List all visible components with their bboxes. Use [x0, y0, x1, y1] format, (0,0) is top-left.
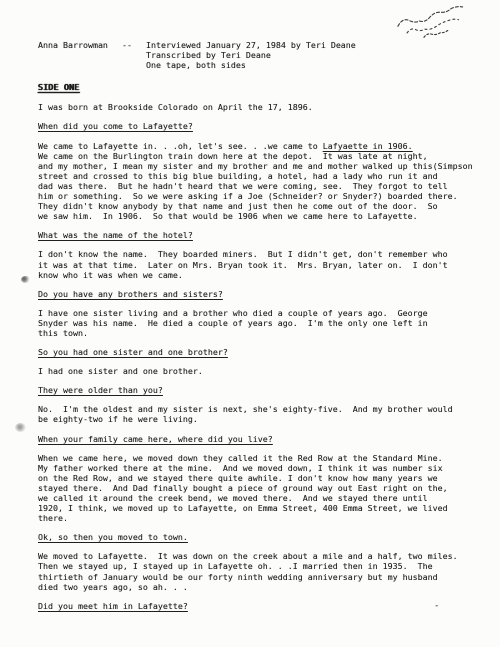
- scan-smudge: [21, 276, 30, 283]
- interviewer-question: When did you come to Lafayette?: [38, 121, 484, 131]
- transcript-line: When we came here, we moved down they ca…: [38, 453, 484, 463]
- transcript-line: we saw him. In 1906. So that would be 19…: [38, 211, 484, 221]
- transcript-line: on the Red Row, and we stayed there quit…: [38, 473, 484, 483]
- transcript-line: We came on the Burlington train down her…: [38, 151, 484, 161]
- transcript-line: We moved to Lafayette. It was down on th…: [38, 551, 484, 561]
- interviewee-answer: I have one sister living and a brother w…: [38, 308, 484, 338]
- interviewee-answer: We came to Lafayette in. . .oh, let's se…: [38, 141, 484, 222]
- interview-meta-line: One tape, both sides: [146, 60, 356, 70]
- transcript-line: We came to Lafayette in. . .oh, let's se…: [38, 141, 484, 151]
- interviewer-question: They were older than you?: [38, 385, 484, 395]
- transcript-line: know who it was when we came.: [38, 270, 484, 280]
- interviewee-name: Anna Barrowman: [38, 40, 110, 50]
- interviewer-question: Do you have any brothers and sisters?: [38, 289, 484, 299]
- transcript-line: I have one sister living and a brother w…: [38, 308, 484, 318]
- transcript-line: it was at that time. Later on Mrs. Bryan…: [38, 260, 484, 270]
- transcript: I was born at Brookside Colorado on Apri…: [38, 102, 484, 610]
- transcript-line: we called it around the creek bend, we m…: [38, 493, 484, 503]
- interviewee-answer: I was born at Brookside Colorado on Apri…: [38, 102, 484, 112]
- interviewee-answer: We moved to Lafayette. It was down on th…: [38, 551, 484, 591]
- transcript-line: Ok, so then you moved to town.: [38, 532, 484, 542]
- document-content: Anna Barrowman -- Interviewed January 27…: [38, 40, 484, 620]
- transcript-line: When did you come to Lafayette?: [38, 121, 484, 131]
- transcript-line: there.: [38, 513, 484, 523]
- header-dashes: --: [122, 40, 132, 50]
- transcript-line: stayed there. And Dad finally bought a p…: [38, 483, 484, 493]
- transcript-line: My father worked there at the mine. And …: [38, 463, 484, 473]
- transcript-line: Did you meet him in Lafayette?: [38, 601, 484, 611]
- interview-meta: Interviewed January 27, 1984 by Teri Dea…: [146, 40, 356, 70]
- transcript-line: and my mother, I mean my sister and my b…: [38, 161, 484, 171]
- interview-meta-line: Transcribed by Teri Deane: [146, 50, 356, 60]
- scanned-transcript-page: - Anna Barrowman -- Interviewed January …: [0, 0, 500, 647]
- transcript-line: So you had one sister and one brother?: [38, 347, 484, 357]
- transcript-line: died two years ago, so ah. . .: [38, 582, 484, 592]
- transcript-line: When your family came here, where did yo…: [38, 434, 484, 444]
- transcript-line: Snyder was his name. He died a couple of…: [38, 318, 484, 328]
- interviewer-question: Ok, so then you moved to town.: [38, 532, 484, 542]
- transcript-line: be eighty-two if he were living.: [38, 414, 484, 424]
- interviewer-question: When your family came here, where did yo…: [38, 434, 484, 444]
- scan-smudge: [15, 423, 26, 432]
- transcript-line: this town.: [38, 328, 484, 338]
- transcript-line: They were older than you?: [38, 385, 484, 395]
- interviewee-answer: I had one sister and one brother.: [38, 366, 484, 376]
- transcript-line: street and crossed to this big blue buil…: [38, 171, 484, 181]
- transcript-line: They didn't know anybody by that name an…: [38, 201, 484, 211]
- transcript-line: What was the name of the hotel?: [38, 230, 484, 240]
- section-heading-row: SIDE ONE: [38, 82, 484, 92]
- transcript-header: Anna Barrowman -- Interviewed January 27…: [38, 40, 484, 70]
- transcript-line: dad was there. But he hadn't heard that …: [38, 181, 484, 191]
- interviewee-answer: No. I'm the oldest and my sister is next…: [38, 404, 484, 424]
- transcript-line: Then we stayed up, I stayed up in Lafaye…: [38, 561, 484, 571]
- transcript-line: him or something. So we were asking if a…: [38, 191, 484, 201]
- transcript-line: I had one sister and one brother.: [38, 366, 484, 376]
- interview-meta-line: Interviewed January 27, 1984 by Teri Dea…: [146, 40, 356, 50]
- interviewee-answer: I don't know the name. They boarded mine…: [38, 249, 484, 279]
- interviewer-question: What was the name of the hotel?: [38, 230, 484, 240]
- interviewer-question: So you had one sister and one brother?: [38, 347, 484, 357]
- interviewer-question: Did you meet him in Lafayette?: [38, 601, 484, 611]
- transcript-line: I was born at Brookside Colorado on Apri…: [38, 102, 484, 112]
- transcript-line: No. I'm the oldest and my sister is next…: [38, 404, 484, 414]
- transcript-line: Do you have any brothers and sisters?: [38, 289, 484, 299]
- transcript-line: I don't know the name. They boarded mine…: [38, 249, 484, 259]
- transcript-line: thirtieth of January would be our forty …: [38, 572, 484, 582]
- transcript-line: 1920, I think, we moved up to Lafayette,…: [38, 503, 484, 513]
- section-heading: SIDE ONE: [38, 82, 80, 92]
- interviewee-answer: When we came here, we moved down they ca…: [38, 453, 484, 524]
